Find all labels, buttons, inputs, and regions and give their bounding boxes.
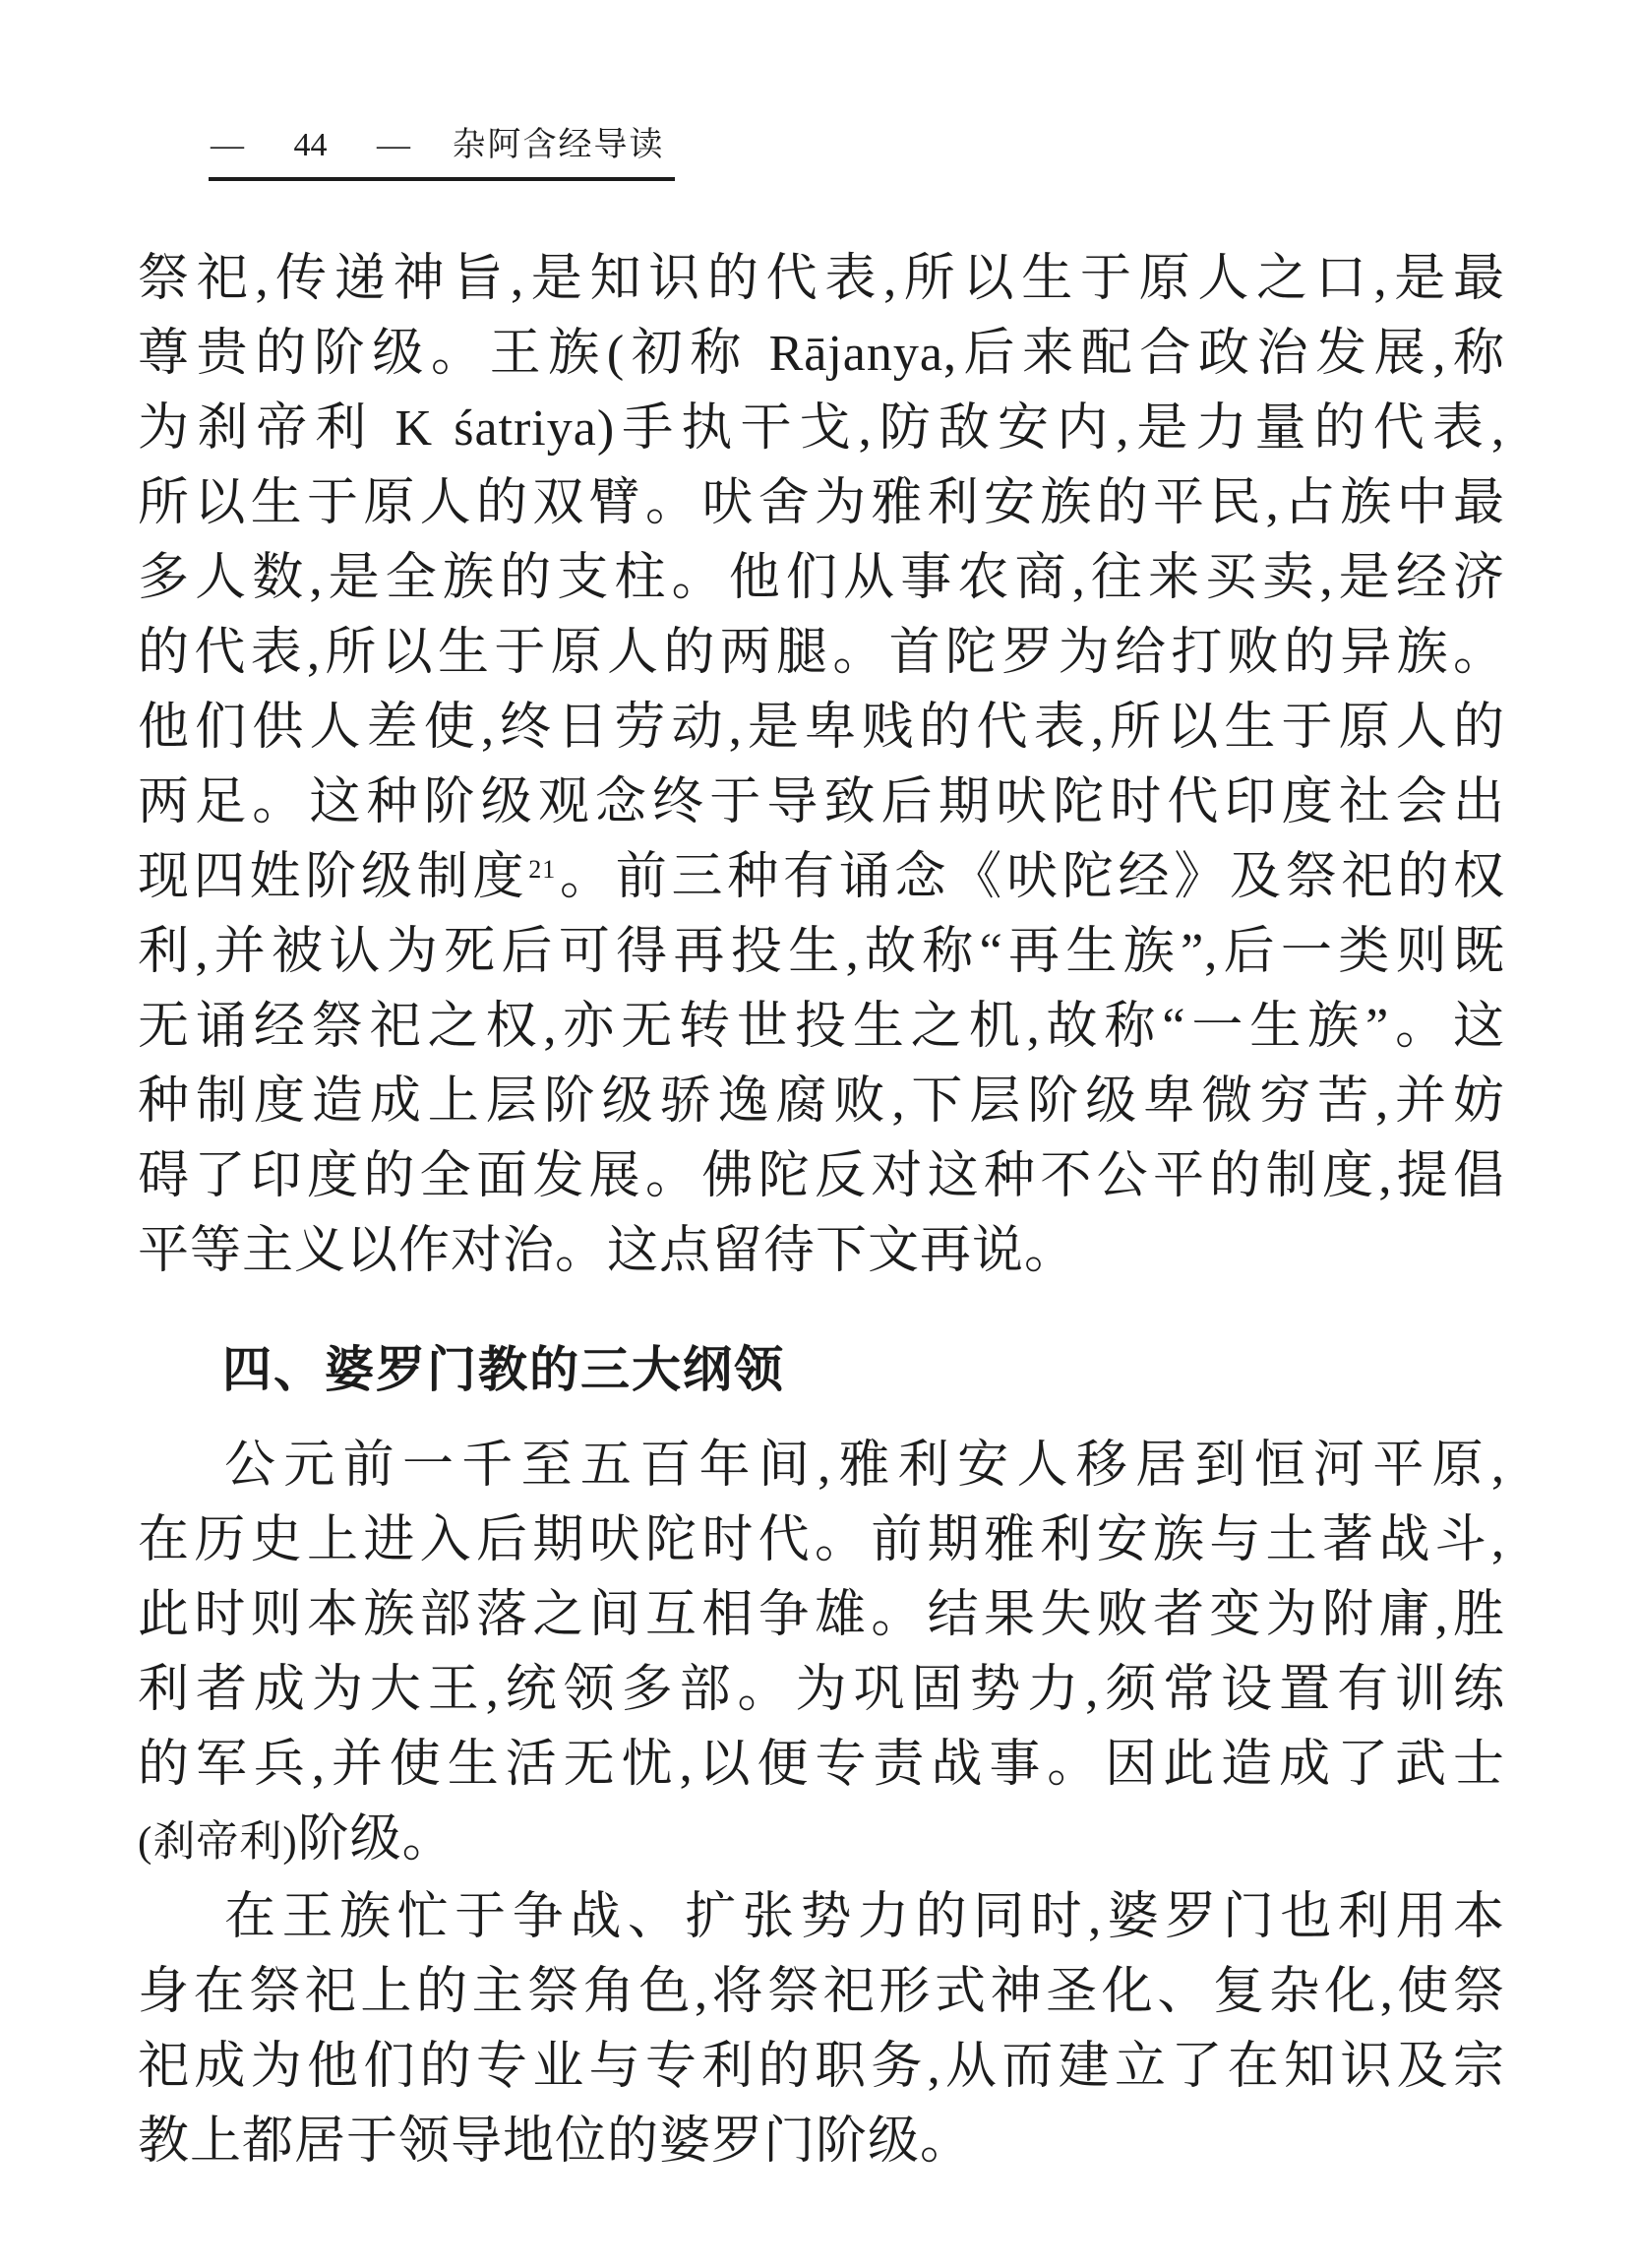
body-line: 种制度造成上层阶级骄逸腐败,下层阶级卑微穷苦,并妨 bbox=[138, 1065, 1505, 1139]
body-line: 平等主义以作对治。这点留待下文再说。 bbox=[138, 1214, 1505, 1289]
body-line: 教上都居于领导地位的婆罗门阶级。 bbox=[138, 2105, 1505, 2179]
body-line: 无诵经祭祀之权,亦无转世投生之机,故称“一生族”。这 bbox=[138, 990, 1505, 1065]
body-line: 公元前一千至五百年间,雅利安人移居到恒河平原, bbox=[138, 1429, 1505, 1503]
body-line: 在历史上进入后期吠陀时代。前期雅利安族与土著战斗, bbox=[138, 1503, 1505, 1578]
body-line: 利者成为大王,统领多部。为巩固势力,须常设置有训练 bbox=[138, 1653, 1505, 1728]
body-line: 的军兵,并使生活无忧,以便专责战事。因此造成了武士 bbox=[138, 1728, 1505, 1803]
body-line: 的代表,所以生于原人的两腿。首陀罗为给打败的异族。 bbox=[138, 616, 1505, 691]
header-rule-group: — 44 — 杂阿含经导读 bbox=[209, 126, 675, 181]
book-title: 杂阿含经导读 bbox=[453, 127, 665, 163]
book-page: — 44 — 杂阿含经导读 祭祀,传递神旨,是知识的代表,所以生于原人之口,是最… bbox=[0, 0, 1637, 2268]
body-line-kshatriya: (刹帝利)阶级。 bbox=[138, 1803, 1505, 1880]
line-text: 阶级。 bbox=[298, 1811, 455, 1868]
body-line: 身在祭祀上的主祭角色,将祭祀形式神圣化、复杂化,使祭 bbox=[138, 1955, 1505, 2030]
body-line: 此时则本族部落之间互相争雄。结果失败者变为附庸,胜 bbox=[138, 1578, 1505, 1653]
body-line: 为刹帝利 K śatriya)手执干戈,防敌安内,是力量的代表, bbox=[138, 392, 1505, 466]
line-text: 。前三种有诵念《吠陀经》及祭祀的权 bbox=[556, 849, 1505, 905]
page-number: 44 bbox=[294, 127, 328, 163]
body-line: 在王族忙于争战、扩张势力的同时,婆罗门也利用本 bbox=[138, 1880, 1505, 1955]
kshatriya-paren-text: (刹帝利) bbox=[138, 1819, 298, 1866]
running-header: — 44 — 杂阿含经导读 bbox=[138, 126, 1505, 197]
header-dash-right: — bbox=[377, 127, 410, 163]
body-line: 祭祀,传递神旨,是知识的代表,所以生于原人之口,是最 bbox=[138, 242, 1505, 317]
body-line: 碍了印度的全面发展。佛陀反对这种不公平的制度,提倡 bbox=[138, 1139, 1505, 1214]
line-text: 现四姓阶级制度 bbox=[138, 849, 528, 905]
body-line: 尊贵的阶级。王族(初称 Rājanya,后来配合政治发展,称 bbox=[138, 317, 1505, 392]
page-body: 祭祀,传递神旨,是知识的代表,所以生于原人之口,是最 尊贵的阶级。王族(初称 R… bbox=[138, 242, 1505, 2179]
header-dash-left: — bbox=[211, 127, 244, 163]
body-line: 祀成为他们的专业与专利的职务,从而建立了在知识及宗 bbox=[138, 2030, 1505, 2105]
body-line-with-footnote: 现四姓阶级制度21。前三种有诵念《吠陀经》及祭祀的权 bbox=[138, 840, 1505, 915]
section-heading: 四、婆罗门教的三大纲领 bbox=[138, 1332, 1505, 1407]
body-line: 两足。这种阶级观念终于导致后期吠陀时代印度社会出 bbox=[138, 766, 1505, 840]
body-line: 他们供人差使,终日劳动,是卑贱的代表,所以生于原人的 bbox=[138, 691, 1505, 766]
body-line: 多人数,是全族的支柱。他们从事农商,往来买卖,是经济 bbox=[138, 541, 1505, 616]
body-line: 所以生于原人的双臂。吠舍为雅利安族的平民,占族中最 bbox=[138, 466, 1505, 541]
footnote-ref-21: 21 bbox=[528, 855, 556, 884]
body-line: 利,并被认为死后可得再投生,故称“再生族”,后一类则既 bbox=[138, 915, 1505, 990]
